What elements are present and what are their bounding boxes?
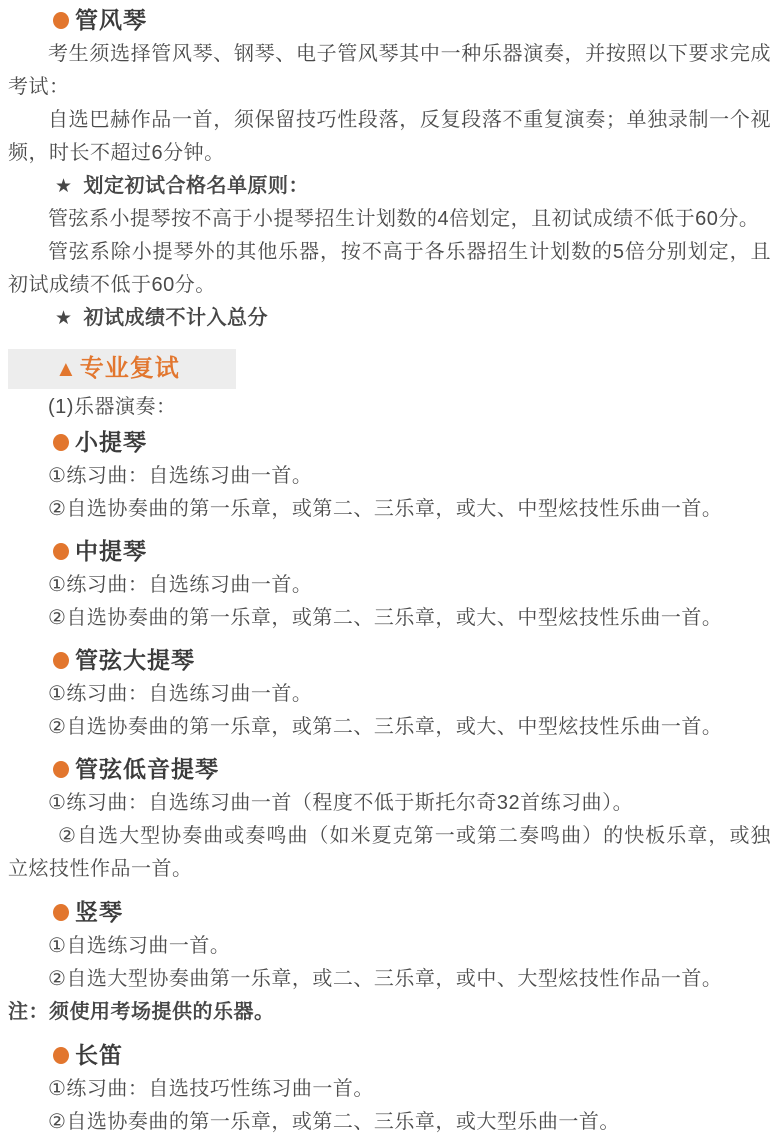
section-heading-cello: 管弦大提琴 — [8, 642, 771, 678]
instrument-section-cello: 管弦大提琴 ①练习曲：自选练习曲一首。 ②自选协奏曲的第一乐章，或第二、三乐章，… — [8, 642, 771, 744]
section-heading-flute: 长笛 — [8, 1037, 771, 1073]
section-title-viola: 中提琴 — [75, 538, 147, 564]
section-heading-violin: 小提琴 — [8, 424, 771, 460]
instrument-section-violin: 小提琴 ①练习曲：自选练习曲一首。 ②自选协奏曲的第一乐章，或第二、三乐章，或大… — [8, 424, 771, 526]
shortlist-rule-2: 管弦系除小提琴外的其他乐器，按不高于各乐器招生计划数的5倍分别划定，且初试成绩不… — [8, 236, 771, 302]
harp-item-1: ①自选练习曲一首。 — [8, 930, 771, 963]
orange-bullet-icon — [53, 652, 69, 669]
section-title-flute: 长笛 — [75, 1042, 123, 1068]
instrument-section-flute: 长笛 ①练习曲：自选技巧性练习曲一首。 ②自选协奏曲的第一乐章，或第二、三乐章，… — [8, 1037, 771, 1139]
orange-bullet-icon — [53, 543, 69, 560]
instrument-section-viola: 中提琴 ①练习曲：自选练习曲一首。 ②自选协奏曲的第一乐章，或第二、三乐章，或大… — [8, 533, 771, 635]
orange-bullet-icon — [53, 904, 69, 921]
viola-item-2: ②自选协奏曲的第一乐章，或第二、三乐章，或大、中型炫技性乐曲一首。 — [8, 602, 771, 635]
section-heading-harp: 竖琴 — [8, 894, 771, 930]
retest-banner: ▲专业复试 — [8, 349, 236, 389]
flute-item-2: ②自选协奏曲的第一乐章，或第二、三乐章，或大型乐曲一首。 — [8, 1106, 771, 1139]
flute-item-1: ①练习曲：自选技巧性练习曲一首。 — [8, 1073, 771, 1106]
section-title-harp: 竖琴 — [75, 899, 123, 925]
cello-item-2: ②自选协奏曲的第一乐章，或第二、三乐章，或大、中型炫技性乐曲一首。 — [8, 711, 771, 744]
section-heading-viola: 中提琴 — [8, 533, 771, 569]
shortlist-rule-1: 管弦系小提琴按不高于小提琴招生计划数的4倍划定，且初试成绩不低于60分。 — [8, 203, 771, 236]
organ-paragraph-1: 考生须选择管风琴、钢琴、电子管风琴其中一种乐器演奏，并按照以下要求完成考试： — [8, 38, 771, 104]
star-icon: ★ — [55, 308, 73, 329]
orange-bullet-icon — [53, 434, 69, 451]
double-bass-item-1: ①练习曲：自选练习曲一首（程度不低于斯托尔奇32首练习曲）。 — [8, 787, 771, 820]
section-title-violin: 小提琴 — [75, 429, 147, 455]
section-heading-double-bass: 管弦低音提琴 — [8, 751, 771, 787]
section-title-cello: 管弦大提琴 — [75, 647, 195, 673]
retest-banner-label: 专业复试 — [80, 355, 180, 382]
harp-note: 注：须使用考场提供的乐器。 — [8, 996, 771, 1029]
orange-bullet-icon — [53, 1047, 69, 1064]
cello-item-1: ①练习曲：自选练习曲一首。 — [8, 678, 771, 711]
triangle-icon: ▲ — [55, 356, 78, 381]
violin-item-1: ①练习曲：自选练习曲一首。 — [8, 460, 771, 493]
violin-item-2: ②自选协奏曲的第一乐章，或第二、三乐章，或大、中型炫技性乐曲一首。 — [8, 493, 771, 526]
shortlist-footnote-text: 初试成绩不计入总分 — [84, 307, 269, 329]
section-title-organ: 管风琴 — [75, 7, 147, 33]
orange-bullet-icon — [53, 12, 69, 29]
instrument-section-harp: 竖琴 ①自选练习曲一首。 ②自选大型协奏曲第一乐章，或二、三乐章，或中、大型炫技… — [8, 894, 771, 1029]
retest-lead: (1)乐器演奏： — [8, 391, 771, 424]
harp-item-2: ②自选大型协奏曲第一乐章，或二、三乐章，或中、大型炫技性作品一首。 — [8, 963, 771, 996]
shortlist-footnote-line: ★初试成绩不计入总分 — [8, 302, 771, 335]
shortlist-heading-text: 划定初试合格名单原则： — [84, 175, 310, 197]
double-bass-item-2: ②自选大型协奏曲或奏鸣曲（如米夏克第一或第二奏鸣曲）的快板乐章，或独立炫技性作品… — [8, 820, 771, 886]
section-heading-organ: 管风琴 — [8, 2, 771, 38]
star-icon: ★ — [55, 176, 73, 197]
organ-paragraph-2: 自选巴赫作品一首，须保留技巧性段落，反复段落不重复演奏；单独录制一个视频，时长不… — [8, 104, 771, 170]
shortlist-heading-line: ★划定初试合格名单原则： — [8, 170, 771, 203]
viola-item-1: ①练习曲：自选练习曲一首。 — [8, 569, 771, 602]
section-title-double-bass: 管弦低音提琴 — [75, 756, 219, 782]
instrument-section-double-bass: 管弦低音提琴 ①练习曲：自选练习曲一首（程度不低于斯托尔奇32首练习曲）。 ②自… — [8, 751, 771, 886]
document-page: 管风琴 考生须选择管风琴、钢琴、电子管风琴其中一种乐器演奏，并按照以下要求完成考… — [8, 2, 771, 1139]
orange-bullet-icon — [53, 761, 69, 778]
